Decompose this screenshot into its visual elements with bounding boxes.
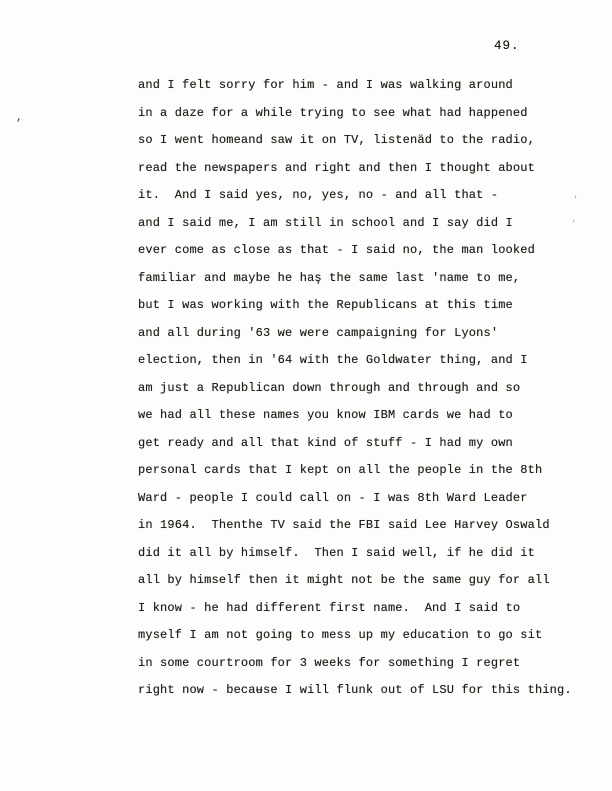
- text-line: and all during '63 we were campaigning f…: [138, 320, 598, 348]
- text-line: we had all these names you know IBM card…: [138, 402, 598, 430]
- text-line: all by himself then it might not be the …: [138, 567, 598, 595]
- text-line: myself I am not going to mess up my educ…: [138, 622, 598, 650]
- text-line: election, then in '64 with the Goldwater…: [138, 347, 598, 375]
- text-line: familiar and maybe he haş the same last …: [138, 265, 598, 293]
- stray-ink-mark-right-upper: ': [573, 195, 578, 205]
- text-line: it. And I said yes, no, yes, no - and al…: [138, 182, 598, 210]
- text-line: get ready and all that kind of stuff - I…: [138, 430, 598, 458]
- text-line: am just a Republican down through and th…: [138, 375, 598, 403]
- page-number: 49.: [494, 39, 520, 53]
- text-line: and I felt sorry for him - and I was wal…: [138, 72, 598, 100]
- text-line: so I went homeand saw it on TV, listenäd…: [138, 127, 598, 155]
- text-line: did it all by himself. Then I said well,…: [138, 540, 598, 568]
- document-page: 49. and I felt sorry for him - and I was…: [0, 0, 612, 791]
- stray-ink-mark-left: ,: [16, 112, 23, 124]
- text-line: personal cards that I kept on all the pe…: [138, 457, 598, 485]
- text-line: in 1964. Thenthe TV said the FBI said Le…: [138, 512, 598, 540]
- text-line: ever come as close as that - I said no, …: [138, 237, 598, 265]
- text-line: right now - becaʉse I will flunk out of …: [138, 677, 598, 705]
- text-line: and I said me, I am still in school and …: [138, 210, 598, 238]
- text-line: in a daze for a while trying to see what…: [138, 100, 598, 128]
- text-line: in some courtroom for 3 weeks for someth…: [138, 650, 598, 678]
- text-line: read the newspapers and right and then I…: [138, 155, 598, 183]
- text-line: I know - he had different first name. An…: [138, 595, 598, 623]
- text-line: Ward - people I could call on - I was 8t…: [138, 485, 598, 513]
- stray-ink-mark-right-lower: ': [571, 219, 576, 229]
- text-line: but I was working with the Republicans a…: [138, 292, 598, 320]
- text-body: and I felt sorry for him - and I was wal…: [138, 72, 598, 705]
